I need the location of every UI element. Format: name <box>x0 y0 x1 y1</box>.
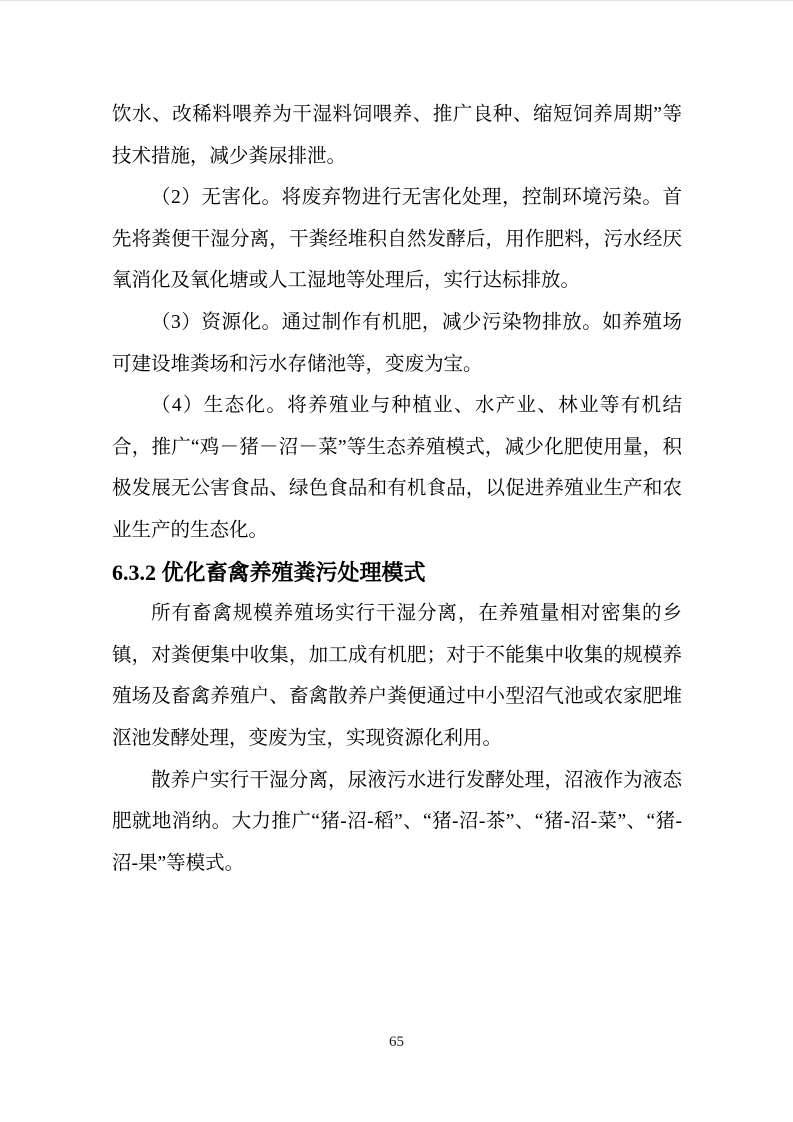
paragraph-continuation: 饮水、改稀料喂养为干湿料饲喂养、推广良种、缩短饲养周期”等技术措施，减少粪尿排泄… <box>112 94 682 177</box>
page-number: 65 <box>0 1032 793 1052</box>
document-page: 饮水、改稀料喂养为干湿料饲喂养、推广良种、缩短饲养周期”等技术措施，减少粪尿排泄… <box>0 0 793 1122</box>
paragraph-harmless-treatment: （2）无害化。将废弃物进行无害化处理，控制环境污染。首先将粪便干湿分离，干粪经堆… <box>112 177 682 302</box>
section-heading: 6.3.2 优化畜禽养殖粪污处理模式 <box>112 552 682 594</box>
paragraph-manure-collection: 所有畜禽规模养殖场实行干湿分离，在养殖量相对密集的乡镇，对粪便集中收集，加工成有… <box>112 593 682 759</box>
paragraph-resource-utilization: （3）资源化。通过制作有机肥，减少污染物排放。如养殖场可建设堆粪场和污水存储池等… <box>112 302 682 385</box>
paragraph-free-range-models: 散养户实行干湿分离，尿液污水进行发酵处理，沼液作为液态肥就地消纳。大力推广“猪-… <box>112 760 682 885</box>
text-block: 饮水、改稀料喂养为干湿料饲喂养、推广良种、缩短饲养周期”等技术措施，减少粪尿排泄… <box>112 94 682 884</box>
paragraph-ecological: （4）生态化。将养殖业与种植业、水产业、林业等有机结合，推广“鸡－猪－沼－菜”等… <box>112 385 682 551</box>
